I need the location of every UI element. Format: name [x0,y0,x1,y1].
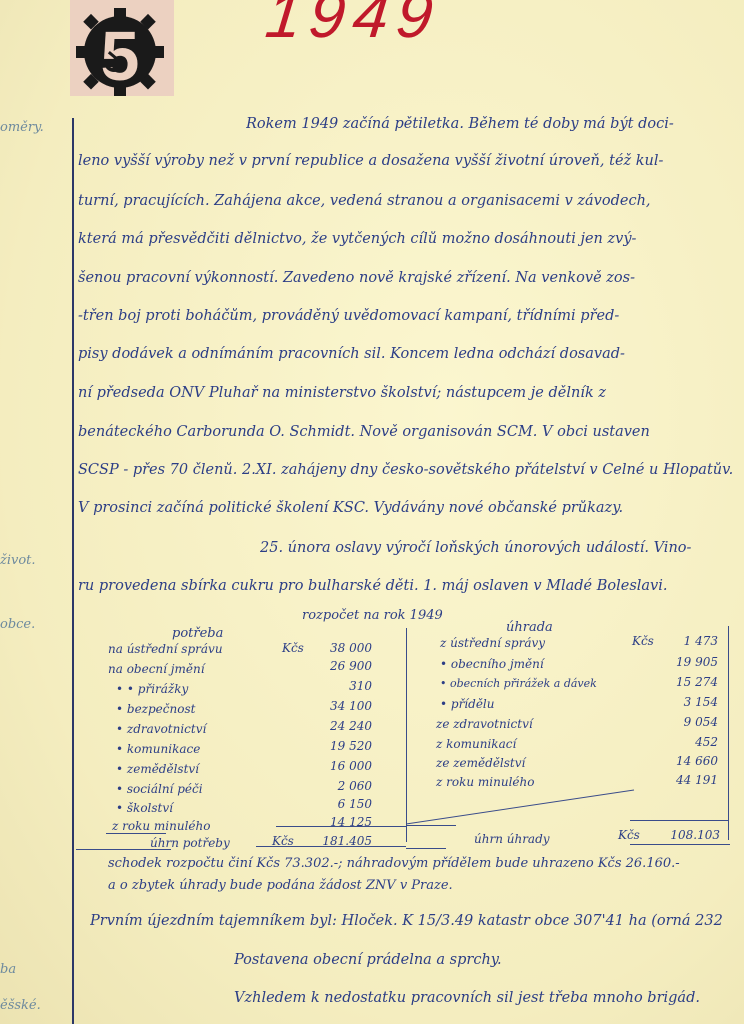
coverage-item-label: z komunikací [436,737,516,751]
needs-item-label: • sociální péči [116,782,203,796]
needs-total-label: úhrn potřeby [150,836,230,850]
coverage-item-label: z ústřední správy [440,636,545,650]
table-right-border [728,626,729,840]
coverage-item-label: ze zdravotnictví [436,717,533,731]
coverage-item-amount: 9 054 [648,715,718,729]
text-line: benáteckého Carborunda O. Schmidt. Nově … [78,424,738,440]
rule [76,849,171,850]
text-line: leno vyšší výroby než v první republice … [78,153,738,169]
needs-item-amount: 26 900 [302,659,372,673]
coverage-item-amount: 1 473 [648,634,718,648]
needs-item-label: na ústřední správu [108,642,223,656]
needs-item-label: • školství [116,801,173,815]
text-line: pisy dodávek a odnímáním pracovních sil.… [78,346,738,362]
needs-item-amount: 310 [302,679,372,693]
coverage-heading: úhrada [506,620,553,635]
rule [256,846,406,847]
stamp-numeral: 5 [101,17,140,95]
text-line: ní předseda ONV Pluhař na ministerstvo š… [78,385,738,401]
rule [630,820,728,821]
rule [406,825,456,826]
coverage-item-amount: 15 274 [648,675,718,689]
secretary-note: Prvním újezdním tajemníkem byl: Hloček. … [90,913,738,929]
coverage-item-amount: 3 154 [648,695,718,709]
coverage-item-label: • obecních přirážek a dávek [440,677,597,690]
stamp-five-year-plan: 5 [70,0,174,96]
currency-label: Kčs [282,641,304,655]
needs-heading: potřeba [172,626,223,641]
five-year-plan-gear-hammer-sickle-icon: 5 [74,2,170,96]
needs-item-amount: 2 060 [302,779,372,793]
text-line: SČSP - přes 70 členů. 2.XI. zahájeny dny… [78,462,738,478]
needs-item-amount: 34 100 [302,699,372,713]
rule [406,848,446,849]
brigades-note: Vzhledem k nedostatku pracovních sil jes… [234,990,738,1006]
coverage-total-label: úhrn úhrady [474,832,550,846]
text-line: Rokem 1949 začíná pětiletka. Během té do… [246,116,738,132]
needs-item-label: na obecní jmění [108,662,205,676]
text-line: -třen boj proti boháčům, prováděný uvědo… [78,308,738,324]
coverage-item-label: ze zemědělství [436,756,525,770]
margin-note: oměry. [0,120,44,135]
text-line: 25. února oslavy výročí loňských únorový… [260,540,738,556]
coverage-item-amount: 452 [648,735,718,749]
year-heading: 1949 [262,0,444,52]
needs-item-label: z roku minulého [112,819,210,833]
currency-label: Kčs [618,828,640,842]
needs-item-amount: 38 000 [302,641,372,655]
budget-title: rozpočet na rok 1949 [302,608,443,623]
budget-deficit-note: a o zbytek úhrady bude podána žádost ZNV… [108,878,738,893]
coverage-item-label: z roku minulého [436,775,534,789]
needs-item-amount: 16 000 [302,759,372,773]
needs-item-amount: 6 150 [302,797,372,811]
rule [106,833,166,834]
laundry-note: Postavena obecní prádelna a sprchy. [234,952,738,968]
needs-item-label: • bezpečnost [116,702,195,716]
text-line: šenou pracovní výkonností. Zavedeno nově… [78,270,738,286]
coverage-item-amount: 14 660 [648,754,718,768]
margin-rule [72,118,74,1024]
needs-item-label: • zemědělství [116,762,199,776]
text-line: která má přesvědčiti dělnictvo, že vytče… [78,231,738,247]
margin-note: ba [0,962,16,977]
strike-diagonal [406,788,636,828]
budget-deficit-note: schodek rozpočtu činí Kčs 73.302.-; náhr… [108,856,738,871]
text-line: turní, pracujících. Zahájena akce, veden… [78,193,738,209]
coverage-item-amount: 19 905 [648,655,718,669]
needs-item-label: • zdravotnictví [116,722,206,736]
margin-note: obce. [0,617,35,632]
needs-item-amount: 24 240 [302,719,372,733]
rule [276,826,406,827]
needs-item-label: • komunikace [116,742,200,756]
coverage-total-amount: 108.103 [650,828,720,842]
margin-note: život. [0,553,36,568]
text-line: V prosinci začíná politické školení KSČ.… [78,500,738,516]
needs-item-amount: 19 520 [302,739,372,753]
text-line: ru provedena sbírka cukru pro bulharské … [78,578,738,594]
coverage-item-label: • přídělu [440,697,495,711]
needs-item-label: • • přirážky [116,682,188,696]
rule [630,844,730,845]
coverage-item-amount: 44 191 [648,773,718,787]
margin-note: ěšské. [0,998,41,1013]
coverage-item-label: • obecního jmění [440,657,544,671]
